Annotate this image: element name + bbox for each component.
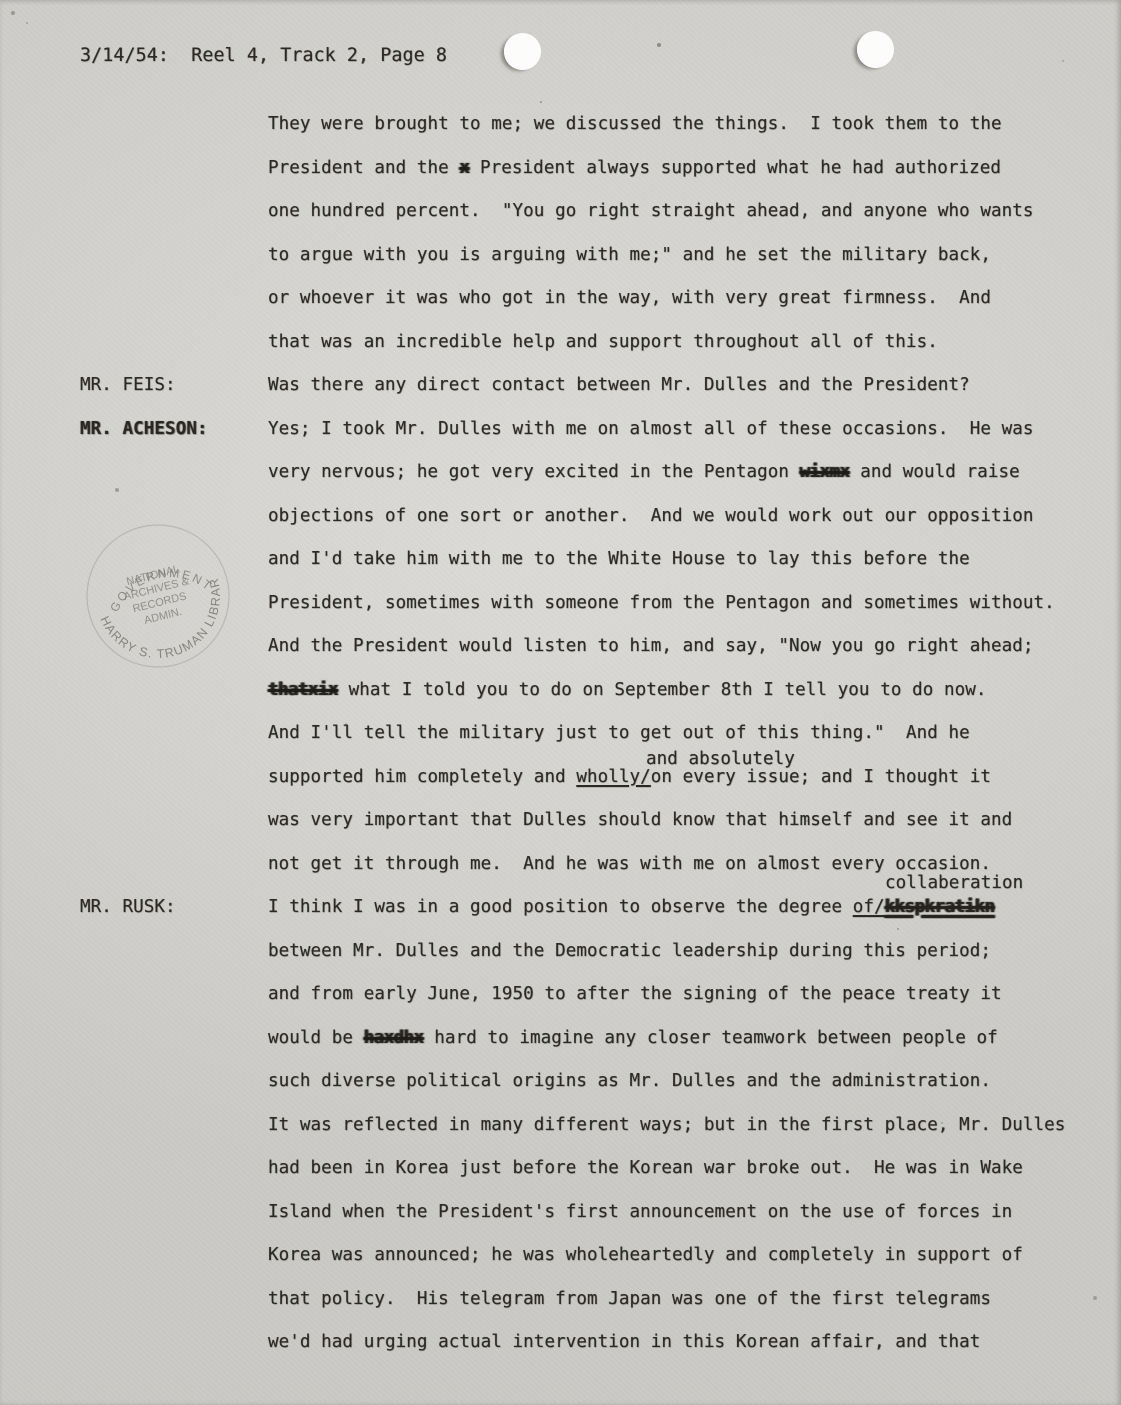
line-text: had been in Korea just before the Korean… [268,1158,1023,1178]
text-run: It was reflected in many different ways;… [268,1115,1065,1135]
transcript-line: that policy. His telegram from Japan was… [0,1281,1121,1325]
text-run: between Mr. Dulles and the Democratic le… [268,941,991,961]
line-text: It was reflected in many different ways;… [268,1115,1065,1135]
text-run: Yes; I took Mr. Dulles with me on almost… [268,419,1034,439]
text-run: objections of one sort or another. And w… [268,506,1034,526]
text-run: such diverse political origins as Mr. Du… [268,1071,991,1091]
line-text: supported him completely and wholly/on e… [268,767,991,787]
text-run: very nervous; he got very excited in the… [268,462,800,482]
text-run: Island when the President's first announ… [268,1202,1012,1222]
text-run: or whoever it was who got in the way, wi… [268,288,991,308]
line-text: was very important that Dulles should kn… [268,810,1012,830]
transcript-line: we'd had urging actual intervention in t… [0,1324,1121,1368]
text-run: not get it through me. And he was with m… [268,854,991,874]
transcript-line: or whoever it was who got in the way, wi… [0,280,1121,324]
struck-out-text: wixmx [800,462,850,482]
line-text: And the President would listen to him, a… [268,636,1034,656]
text-run: And the President would listen to him, a… [268,636,1034,656]
transcript-line: MR. ACHESON:Yes; I took Mr. Dulles with … [0,411,1121,455]
text-run: was very important that Dulles should kn… [268,810,1012,830]
line-text: objections of one sort or another. And w… [268,506,1034,526]
struck-out-text: kkspkratikn [885,897,995,917]
transcript-line: and from early June, 1950 to after the s… [0,976,1121,1020]
line-text: and from early June, 1950 to after the s… [268,984,1002,1004]
line-text: They were brought to me; we discussed th… [268,114,1002,134]
transcript-line: thatxix what I told you to do on Septemb… [0,672,1121,716]
transcript-line: MR. RUSK:I think I was in a good positio… [0,889,1121,933]
transcript-line: was very important that Dulles should kn… [0,802,1121,846]
text-run: that policy. His telegram from Japan was… [268,1289,991,1309]
paper-specks [0,0,2,2]
transcript-line: They were brought to me; we discussed th… [0,106,1121,150]
line-text: such diverse political origins as Mr. Du… [268,1071,991,1091]
transcript-line: very nervous; he got very excited in the… [0,454,1121,498]
text-run: would be [268,1028,364,1048]
transcript-line: and I'd take him with me to the White Ho… [0,541,1121,585]
line-text: that policy. His telegram from Japan was… [268,1289,991,1309]
line-text: not get it through me. And he was with m… [268,854,991,874]
text-run: to argue with you is arguing with me;" a… [268,245,991,265]
text-run: and from early June, 1950 to after the s… [268,984,1002,1004]
transcript-line: between Mr. Dulles and the Democratic le… [0,933,1121,977]
line-text: and I'd take him with me to the White Ho… [268,549,970,569]
transcript-line: And I'll tell the military just to get o… [0,715,1121,759]
line-text: Island when the President's first announ… [268,1202,1012,1222]
interline-insertion: collaberation [885,873,1023,893]
text-run: Was there any direct contact between Mr.… [268,375,970,395]
speaker-label: MR. ACHESON: [80,419,208,439]
transcript-line: President and the x President always sup… [0,150,1121,194]
transcript-line: that was an incredible help and support … [0,324,1121,368]
struck-out-text: x [459,158,469,178]
text-run: President, sometimes with someone from t… [268,593,1055,613]
transcript-line: Island when the President's first announ… [0,1194,1121,1238]
transcript-line: objections of one sort or another. And w… [0,498,1121,542]
text-run: of/ [853,897,885,917]
struck-out-text: haxdhx [364,1028,424,1048]
transcript-line: had been in Korea just before the Korean… [0,1150,1121,1194]
text-run: had been in Korea just before the Korean… [268,1158,1023,1178]
transcript-line: to argue with you is arguing with me;" a… [0,237,1121,281]
transcript-line: such diverse political origins as Mr. Du… [0,1063,1121,1107]
line-text: one hundred percent. "You go right strai… [268,201,1034,221]
text-run: and would raise [850,462,1020,482]
text-run: wholly/ [576,767,650,787]
transcript-line: Korea was announced; he was wholehearted… [0,1237,1121,1281]
transcript-line: MR. FEIS:Was there any direct contact be… [0,367,1121,411]
line-text: And I'll tell the military just to get o… [268,723,970,743]
text-run: on every issue; and I thought it [651,767,991,787]
text-run: Korea was announced; he was wholehearted… [268,1245,1023,1265]
text-run: hard to imagine any closer teamwork betw… [424,1028,998,1048]
text-run: what I told you to do on September 8th I… [338,680,987,700]
text-run: I think I was in a good position to obse… [268,897,853,917]
page-header: 3/14/54: Reel 4, Track 2, Page 8 [80,45,447,66]
transcript-line: one hundred percent. "You go right strai… [0,193,1121,237]
transcript: They were brought to me; we discussed th… [0,106,1121,1368]
struck-out-text: thatxix [268,680,338,700]
text-run: They were brought to me; we discussed th… [268,114,1002,134]
transcript-line: President, sometimes with someone from t… [0,585,1121,629]
line-text: we'd had urging actual intervention in t… [268,1332,980,1352]
transcript-line: would be haxdhx hard to imagine any clos… [0,1020,1121,1064]
line-text: between Mr. Dulles and the Democratic le… [268,941,991,961]
transcript-line: It was reflected in many different ways;… [0,1107,1121,1151]
line-text: would be haxdhx hard to imagine any clos… [268,1028,998,1048]
line-text: that was an incredible help and support … [268,332,938,352]
transcript-line: supported him completely and wholly/on e… [0,759,1121,803]
text-run: And I'll tell the military just to get o… [268,723,970,743]
text-run: President always supported what he had a… [469,158,1001,178]
speaker-label: MR. RUSK: [80,897,176,917]
text-run: we'd had urging actual intervention in t… [268,1332,980,1352]
transcript-line: And the President would listen to him, a… [0,628,1121,672]
text-run: one hundred percent. "You go right strai… [268,201,1034,221]
hole-punch-right [857,31,894,68]
line-text: I think I was in a good position to obse… [268,897,995,917]
line-text: very nervous; he got very excited in the… [268,462,1020,482]
line-text: President and the x President always sup… [268,158,1001,178]
text-run: and I'd take him with me to the White Ho… [268,549,970,569]
hole-punch-left [504,33,541,70]
line-text: or whoever it was who got in the way, wi… [268,288,991,308]
text-run: President and the [268,158,459,178]
line-text: thatxix what I told you to do on Septemb… [268,680,987,700]
text-run: supported him completely and [268,767,576,787]
line-text: Yes; I took Mr. Dulles with me on almost… [268,419,1034,439]
line-text: President, sometimes with someone from t… [268,593,1055,613]
line-text: to argue with you is arguing with me;" a… [268,245,991,265]
text-run: that was an incredible help and support … [268,332,938,352]
interline-insertion: and absolutely [646,749,795,769]
line-text: Was there any direct contact between Mr.… [268,375,970,395]
speaker-label: MR. FEIS: [80,375,176,395]
line-text: Korea was announced; he was wholehearted… [268,1245,1023,1265]
scanned-transcript-page: 3/14/54: Reel 4, Track 2, Page 8 HARRY S… [0,0,1121,1405]
